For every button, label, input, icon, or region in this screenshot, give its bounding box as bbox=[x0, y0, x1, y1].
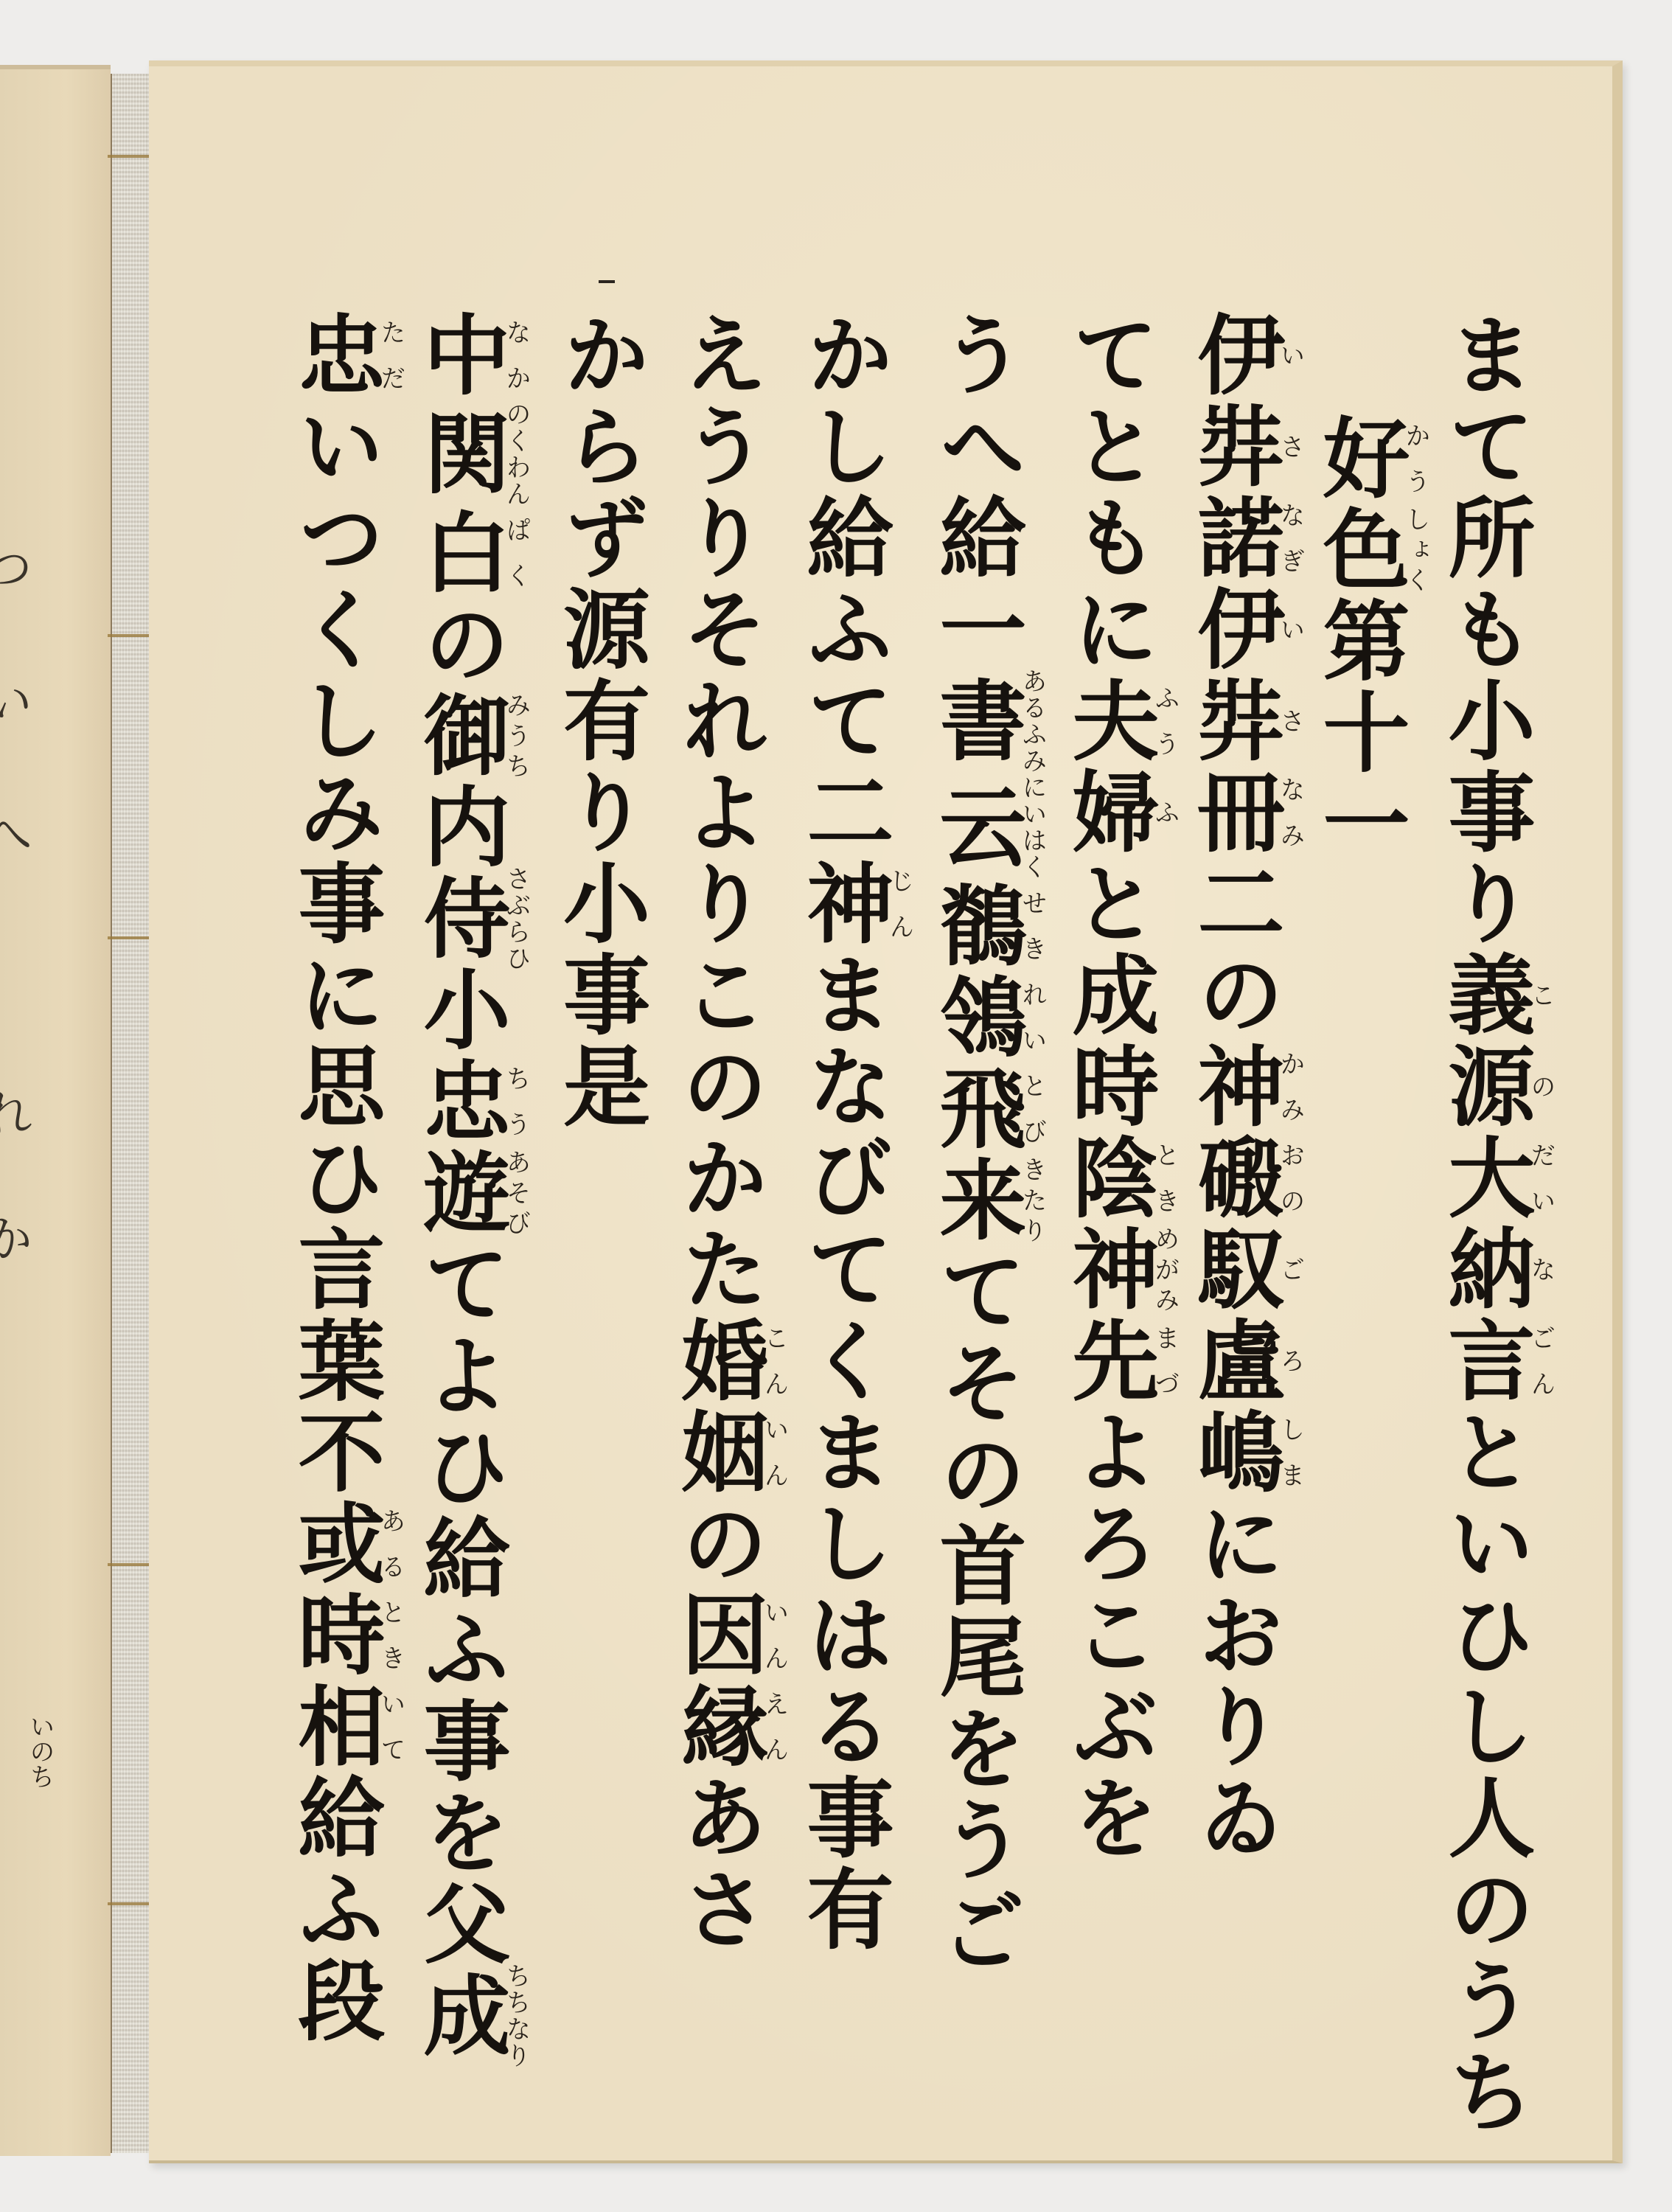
text-column-10: 忠ただいつくしみ事に思ひ言葉不或ある時とき相いて給ふ段 bbox=[280, 310, 403, 2047]
glyph: ふ bbox=[409, 1604, 512, 1696]
glyph: ら bbox=[548, 401, 651, 493]
kanji-with-furigana: 飛とび bbox=[925, 1063, 1028, 1155]
section-heading-column: 好かう色しょく第十一 bbox=[1305, 413, 1428, 870]
glyph: る bbox=[793, 1681, 895, 1773]
glyph: 源 bbox=[548, 584, 651, 675]
glyph: 有 bbox=[793, 1864, 895, 1955]
kanji-with-furigana: 縁えん bbox=[667, 1681, 770, 1773]
glyph: の bbox=[667, 1498, 770, 1590]
kanji-with-furigana: 夫ふう bbox=[1058, 675, 1160, 767]
kanji-with-furigana: 好かう bbox=[1309, 413, 1411, 504]
glyph: う bbox=[667, 401, 770, 493]
glyph: り bbox=[1434, 858, 1536, 950]
glyph: よ bbox=[1058, 1407, 1160, 1498]
glyph: り bbox=[667, 858, 770, 950]
furigana: ご bbox=[1275, 1224, 1305, 1315]
kanji-with-furigana: 来きたり bbox=[925, 1155, 1028, 1246]
binding-thread bbox=[108, 1563, 155, 1566]
text-column-6: かし給ふて二神じんまなびてくましはる事有 bbox=[789, 310, 912, 1955]
glyph: に bbox=[1058, 584, 1160, 675]
kanji-with-furigana: 相いて bbox=[284, 1681, 386, 1773]
glyph: 人 bbox=[1434, 1773, 1536, 1864]
glyph: こ bbox=[667, 950, 770, 1041]
glyph: 給 bbox=[793, 493, 895, 584]
kanji-with-furigana: 或ある bbox=[284, 1498, 386, 1590]
furigana: えん bbox=[759, 1681, 789, 1773]
kanji-with-furigana: 鶺せき bbox=[925, 880, 1028, 972]
glyph: 一 bbox=[1309, 779, 1411, 870]
glyph: な bbox=[793, 1041, 895, 1133]
glyph: 一 bbox=[925, 584, 1028, 675]
kanji-with-furigana: 先まづ bbox=[1058, 1315, 1160, 1407]
furigana: まづ bbox=[1150, 1315, 1180, 1407]
furigana: しょく bbox=[1401, 504, 1430, 596]
kanji-with-furigana: 鴒れい bbox=[925, 972, 1028, 1063]
glyph: 小 bbox=[409, 964, 512, 1056]
glyph: ま bbox=[793, 950, 895, 1041]
glyph: し bbox=[284, 675, 386, 767]
kanji-with-furigana: 納な bbox=[1434, 1224, 1536, 1315]
left-page-text-fragment: い bbox=[0, 674, 29, 726]
kanji-with-furigana: 忠ただ bbox=[284, 310, 386, 401]
left-page-text-fragment: へ bbox=[0, 807, 29, 858]
glyph: ゐ bbox=[1183, 1773, 1286, 1864]
glyph: 小 bbox=[1434, 675, 1536, 767]
furigana: きたり bbox=[1017, 1155, 1047, 1246]
glyph: に bbox=[1183, 1498, 1286, 1590]
glyph: て bbox=[925, 1246, 1028, 1338]
furigana: おの bbox=[1275, 1133, 1305, 1224]
book-binding-spine bbox=[111, 74, 151, 2153]
kanji-with-furigana: 盧ろ bbox=[1183, 1315, 1286, 1407]
glyph: 十 bbox=[1309, 687, 1411, 779]
text-column-5: うへ給一書あるふみ云にいはく鶺せき鴒れい飛とび来きたりてその首尾をうご bbox=[922, 310, 1045, 1978]
kanji-with-furigana: 因いん bbox=[667, 1590, 770, 1681]
glyph: て bbox=[409, 1239, 512, 1330]
glyph: さ bbox=[667, 1864, 770, 1955]
left-page-ruby: いのち bbox=[22, 1714, 58, 1789]
glyph: び bbox=[793, 1133, 895, 1224]
glyph: い bbox=[284, 401, 386, 493]
glyph: 父 bbox=[409, 1879, 512, 1970]
left-facing-page: つ い へ れ か いのち bbox=[0, 65, 111, 2156]
kanji-with-furigana: 書あるふみ bbox=[925, 675, 1028, 774]
glyph: 首 bbox=[925, 1520, 1028, 1612]
glyph: 二 bbox=[1183, 858, 1286, 950]
furigana: しま bbox=[1275, 1407, 1305, 1498]
glyph: は bbox=[793, 1590, 895, 1681]
glyph: 成 bbox=[1058, 950, 1160, 1041]
glyph: ま bbox=[793, 1407, 895, 1498]
glyph: り bbox=[667, 493, 770, 584]
page-mark bbox=[599, 280, 615, 283]
kanji-with-furigana: 伊い bbox=[1183, 584, 1286, 675]
kanji-with-furigana: 言ごん bbox=[1434, 1315, 1536, 1407]
glyph: ご bbox=[925, 1886, 1028, 1978]
left-page-text-fragment: れ bbox=[0, 1087, 29, 1138]
furigana: ぱく bbox=[501, 507, 531, 599]
glyph: 給 bbox=[925, 493, 1028, 584]
glyph: り bbox=[548, 767, 651, 858]
kanji-with-furigana: 時とき bbox=[284, 1590, 386, 1681]
glyph: 事 bbox=[1434, 767, 1536, 858]
manuscript-page: まて所も小事り義こ源の大だい納な言ごんといひし人のうち 好かう色しょく第十一 伊… bbox=[149, 60, 1623, 2163]
glyph: も bbox=[1434, 584, 1536, 675]
glyph: ひ bbox=[409, 1422, 512, 1513]
glyph: の bbox=[1434, 1864, 1536, 1955]
glyph: し bbox=[793, 401, 895, 493]
glyph: う bbox=[925, 1795, 1028, 1886]
glyph: の bbox=[925, 1429, 1028, 1520]
binding-thread bbox=[108, 155, 155, 158]
left-page-text-fragment: か bbox=[0, 1212, 29, 1264]
furigana: かみ bbox=[1275, 1041, 1305, 1133]
kanji-with-furigana: 婦ふ bbox=[1058, 767, 1160, 858]
glyph: 不 bbox=[284, 1407, 386, 1498]
furigana: の bbox=[1526, 1041, 1556, 1133]
furigana: ちう bbox=[501, 1056, 531, 1147]
glyph: よ bbox=[667, 767, 770, 858]
furigana: い bbox=[1275, 584, 1305, 675]
furigana: ある bbox=[376, 1498, 405, 1590]
kanji-with-furigana: 云にいはく bbox=[925, 774, 1028, 880]
glyph: 思 bbox=[284, 1041, 386, 1133]
glyph: て bbox=[793, 1224, 895, 1315]
furigana: とき bbox=[1150, 1133, 1180, 1224]
furigana: ふう bbox=[1150, 675, 1180, 767]
glyph: 所 bbox=[1434, 493, 1536, 584]
furigana: のくわん bbox=[501, 401, 531, 507]
glyph: て bbox=[1058, 310, 1160, 401]
kanji-with-furigana: 諾なぎ bbox=[1183, 493, 1286, 584]
glyph: え bbox=[667, 310, 770, 401]
glyph: く bbox=[284, 584, 386, 675]
glyph: か bbox=[667, 1133, 770, 1224]
furigana: な bbox=[1526, 1224, 1556, 1315]
furigana: とび bbox=[1017, 1063, 1047, 1155]
glyph: う bbox=[1434, 1955, 1536, 2047]
kanji-with-furigana: 色しょく bbox=[1309, 504, 1411, 596]
furigana: なみ bbox=[1275, 767, 1305, 858]
glyph: か bbox=[548, 310, 651, 401]
furigana: い bbox=[1275, 310, 1305, 401]
glyph: う bbox=[925, 310, 1028, 401]
furigana: だい bbox=[1526, 1133, 1556, 1224]
glyph: あ bbox=[667, 1773, 770, 1864]
glyph: 小 bbox=[548, 858, 651, 950]
glyph: も bbox=[1058, 493, 1160, 584]
furigana: さぶらひ bbox=[501, 866, 531, 972]
glyph: まて bbox=[1434, 310, 1536, 493]
glyph: 葉 bbox=[284, 1315, 386, 1407]
kanji-with-furigana: 遊あそび bbox=[409, 1147, 512, 1239]
kanji-with-furigana: 伊い bbox=[1183, 310, 1286, 401]
glyph: 時 bbox=[1058, 1041, 1160, 1133]
glyph: く bbox=[793, 1315, 895, 1407]
furigana: さ bbox=[1275, 401, 1305, 493]
furigana: なぎ bbox=[1275, 493, 1305, 584]
furigana: ただ bbox=[376, 310, 405, 401]
furigana: せき bbox=[1017, 880, 1047, 972]
glyph: ぶ bbox=[1058, 1681, 1160, 1773]
glyph: そ bbox=[925, 1338, 1028, 1429]
text-column-9: 中なか関のくわん白ぱくの御みうち内侍さぶらひ小忠ちう遊あそびてよひ給ふ事を父成ち… bbox=[405, 310, 529, 2069]
furigana: じん bbox=[885, 858, 914, 950]
furigana: こん bbox=[759, 1315, 789, 1407]
glyph: り bbox=[1183, 1681, 1286, 1773]
furigana: あるふみ bbox=[1017, 668, 1047, 774]
glyph: み bbox=[284, 767, 386, 858]
kanji-with-furigana: 侍さぶらひ bbox=[409, 873, 512, 964]
glyph: い bbox=[1434, 1498, 1536, 1590]
glyph: ふ bbox=[284, 1864, 386, 1955]
kanji-with-furigana: 関のくわん bbox=[409, 401, 512, 507]
left-page-text-fragment: つ bbox=[0, 541, 29, 593]
glyph: れ bbox=[667, 675, 770, 767]
kanji-with-furigana: 馭ご bbox=[1183, 1224, 1286, 1315]
kanji-with-furigana: 大だい bbox=[1434, 1133, 1536, 1224]
kanji-with-furigana: 婚こん bbox=[667, 1315, 770, 1407]
text-column-7: えうりそれよりこのかた婚こん姻いんの因いん縁えんあさ bbox=[663, 310, 787, 1955]
furigana: みうち bbox=[501, 690, 531, 782]
glyph: ち bbox=[1434, 2047, 1536, 2138]
glyph: へ bbox=[925, 401, 1028, 493]
furigana: あそび bbox=[501, 1147, 531, 1239]
furigana: ろ bbox=[1275, 1315, 1305, 1407]
kanji-with-furigana: 成ちちなり bbox=[409, 1970, 512, 2069]
kanji-with-furigana: 神じん bbox=[793, 858, 895, 950]
kanji-with-furigana: 姻いん bbox=[667, 1407, 770, 1498]
kanji-with-furigana: 磤おの bbox=[1183, 1133, 1286, 1224]
glyph: よ bbox=[409, 1330, 512, 1422]
glyph: と bbox=[1058, 401, 1160, 493]
glyph: つ bbox=[284, 493, 386, 584]
glyph: を bbox=[409, 1787, 512, 1879]
kanji-with-furigana: 神めがみ bbox=[1058, 1224, 1160, 1315]
furigana: いて bbox=[376, 1681, 405, 1773]
furigana: ごん bbox=[1526, 1315, 1556, 1407]
glyph: 第 bbox=[1309, 596, 1411, 687]
binding-thread bbox=[108, 1902, 155, 1905]
glyph: と bbox=[1434, 1407, 1536, 1498]
glyph: の bbox=[409, 599, 512, 690]
furigana: さ bbox=[1275, 675, 1305, 767]
furigana: なか bbox=[501, 310, 531, 401]
glyph: お bbox=[1183, 1590, 1286, 1681]
kanji-with-furigana: 義こ bbox=[1434, 950, 1536, 1041]
text-column-1: まて所も小事り義こ源の大だい納な言ごんといひし人のうち bbox=[1430, 310, 1553, 2138]
glyph: 事 bbox=[284, 858, 386, 950]
glyph: か bbox=[793, 310, 895, 401]
glyph: そ bbox=[667, 584, 770, 675]
glyph: 給 bbox=[409, 1513, 512, 1604]
glyph: に bbox=[284, 950, 386, 1041]
furigana: いん bbox=[759, 1407, 789, 1498]
glyph: 有 bbox=[548, 675, 651, 767]
glyph: し bbox=[793, 1498, 895, 1590]
glyph: 言 bbox=[284, 1224, 386, 1315]
furigana: いん bbox=[759, 1590, 789, 1681]
glyph: ず bbox=[548, 493, 651, 584]
furigana: にいはく bbox=[1017, 774, 1047, 880]
glyph: て bbox=[793, 675, 895, 767]
glyph: し bbox=[1434, 1681, 1536, 1773]
furigana: ちちなり bbox=[501, 1963, 531, 2069]
glyph: を bbox=[925, 1703, 1028, 1795]
glyph: ひ bbox=[1434, 1590, 1536, 1681]
kanji-with-furigana: 御みうち bbox=[409, 690, 512, 782]
binding-thread bbox=[108, 634, 155, 637]
glyph: こ bbox=[1058, 1590, 1160, 1681]
glyph: 事 bbox=[409, 1696, 512, 1787]
glyph: 内 bbox=[409, 782, 512, 873]
kanji-with-furigana: 神かみ bbox=[1183, 1041, 1286, 1133]
glyph: の bbox=[667, 1041, 770, 1133]
glyph: 是 bbox=[548, 1041, 651, 1133]
kanji-with-furigana: 弉さ bbox=[1183, 401, 1286, 493]
glyph: ふ bbox=[793, 584, 895, 675]
glyph: 事 bbox=[793, 1773, 895, 1864]
glyph: 二 bbox=[793, 767, 895, 858]
glyph: ひ bbox=[284, 1133, 386, 1224]
furigana: めがみ bbox=[1150, 1224, 1180, 1315]
glyph: 給 bbox=[284, 1773, 386, 1864]
glyph: 尾 bbox=[925, 1612, 1028, 1703]
kanji-with-furigana: 陰とき bbox=[1058, 1133, 1160, 1224]
binding-thread bbox=[108, 936, 155, 939]
glyph: を bbox=[1058, 1773, 1160, 1864]
kanji-with-furigana: 冊なみ bbox=[1183, 767, 1286, 858]
furigana: れい bbox=[1017, 972, 1047, 1063]
glyph: の bbox=[1183, 950, 1286, 1041]
furigana: とき bbox=[376, 1590, 405, 1681]
glyph: 事 bbox=[548, 950, 651, 1041]
text-column-8: からず源有り小事是 bbox=[546, 310, 655, 1133]
glyph: と bbox=[1058, 858, 1160, 950]
furigana: ふ bbox=[1150, 767, 1180, 858]
kanji-with-furigana: 中なか bbox=[409, 310, 512, 401]
glyph: ろ bbox=[1058, 1498, 1160, 1590]
furigana: かう bbox=[1401, 413, 1430, 504]
kanji-with-furigana: 忠ちう bbox=[409, 1056, 512, 1147]
glyph: た bbox=[667, 1224, 770, 1315]
furigana: こ bbox=[1526, 950, 1556, 1041]
text-column-3: 伊い弉さ諾なぎ伊い弉さ冊なみ二の神かみ磤おの馭ご盧ろ嶋しまにおりゐ bbox=[1180, 310, 1303, 1864]
text-column-4: てともに夫ふう婦ふと成時陰とき神めがみ先まづよろこぶを bbox=[1054, 310, 1177, 1864]
kanji-with-furigana: 嶋しま bbox=[1183, 1407, 1286, 1498]
kanji-with-furigana: 源の bbox=[1434, 1041, 1536, 1133]
kanji-with-furigana: 白ぱく bbox=[409, 507, 512, 599]
kanji-with-furigana: 弉さ bbox=[1183, 675, 1286, 767]
glyph: 段 bbox=[284, 1955, 386, 2047]
